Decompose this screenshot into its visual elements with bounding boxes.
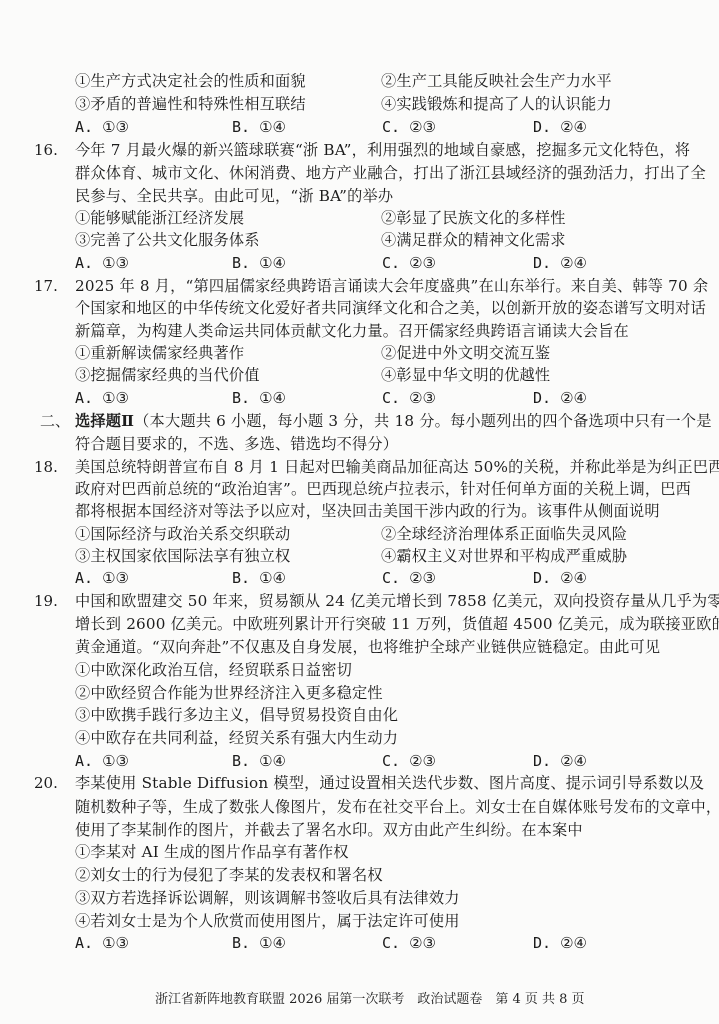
q19-stem-1: 中国和欧盟建交 50 年来，贸易额从 24 亿美元增长到 7858 亿美元，双向… [75, 590, 719, 612]
q19-option-d: D. ②④ [533, 750, 587, 772]
q15-statement-3: ③矛盾的普遍性和特殊性相互联结 [75, 93, 306, 115]
page-footer: 浙江省新阵地教育联盟 2026 届第一次联考 政治试题卷 第 4 页 共 8 页 [155, 988, 585, 1007]
q16-statement-1: ①能够赋能浙江经济发展 [75, 207, 244, 229]
exam-page: ①生产方式决定社会的性质和面貌 ②生产工具能反映社会生产力水平 ③矛盾的普遍性和… [0, 0, 719, 1024]
q15-statement-4: ④实践锻炼和提高了人的认识能力 [381, 93, 612, 115]
q18-option-a: A. ①③ [75, 567, 129, 589]
q15-statement-2: ②生产工具能反映社会生产力水平 [381, 70, 612, 92]
q16-statement-4: ④满足群众的精神文化需求 [381, 229, 566, 251]
q18-option-c: C. ②③ [382, 567, 436, 589]
q20-option-b: B. ①④ [232, 932, 286, 954]
q16-stem-1: 今年 7 月最火爆的新兴篮球联赛“浙 BA”，利用强烈的地域自豪感，挖掘多元文化… [75, 139, 690, 161]
q19-number: 19. [34, 590, 58, 612]
q17-statement-1: ①重新解读儒家经典著作 [75, 342, 244, 364]
q19-statement-3: ③中欧携手践行多边主义，倡导贸易投资自由化 [75, 704, 398, 726]
q17-statement-2: ②促进中外文明交流互鉴 [381, 342, 550, 364]
q16-statement-2: ②彰显了民族文化的多样性 [381, 207, 566, 229]
q20-statement-2: ②刘女士的行为侵犯了李某的发表权和署名权 [75, 864, 383, 886]
q17-option-b: B. ①④ [232, 387, 286, 409]
q19-statement-2: ②中欧经贸合作能为世界经济注入更多稳定性 [75, 682, 383, 704]
q18-option-d: D. ②④ [533, 567, 587, 589]
q20-statement-4: ④若刘女士是为个人欣赏而使用图片，属于法定许可使用 [75, 910, 460, 932]
section-desc-2: 符合题目要求的，不选、多选、错选均不得分） [75, 433, 398, 455]
q19-option-b: B. ①④ [232, 750, 286, 772]
q19-stem-3: 黄金通道。“双向奔赴”不仅惠及自身发展，也将维护全球产业链供应链稳定。由此可见 [75, 636, 660, 658]
q20-option-d: D. ②④ [533, 932, 587, 954]
q16-option-a: A. ①③ [75, 252, 129, 274]
q18-statement-3: ③主权国家依国际法享有独立权 [75, 545, 290, 567]
q17-stem-1: 2025 年 8 月，“第四届儒家经典跨语言诵读大会年度盛典”在山东举行。来自美… [75, 275, 708, 297]
q17-statement-3: ③挖掘儒家经典的当代价值 [75, 364, 260, 386]
section-title: 选择题Ⅱ [75, 412, 134, 430]
q17-option-d: D. ②④ [533, 387, 587, 409]
q15-option-c: C. ②③ [382, 116, 436, 138]
q18-stem-1: 美国总统特朗普宣布自 8 月 1 日起对巴输美商品加征高达 50%的关税，并称此… [75, 456, 719, 478]
q18-stem-3: 都将根据本国经济对等法予以应对，坚决回击美国干涉内政的行为。该事件从侧面说明 [75, 500, 660, 522]
q18-statement-2: ②全球经济治理体系正面临失灵风险 [381, 523, 627, 545]
q16-option-b: B. ①④ [232, 252, 286, 274]
q16-option-c: C. ②③ [382, 252, 436, 274]
q20-number: 20. [34, 772, 58, 794]
q20-option-a: A. ①③ [75, 932, 129, 954]
q19-stem-2: 增长到 2600 亿美元。中欧班列累计开行突破 11 万列，货值超 4500 亿… [75, 613, 719, 635]
q16-option-d: D. ②④ [533, 252, 587, 274]
q16-statement-3: ③完善了公共文化服务体系 [75, 229, 260, 251]
q19-option-c: C. ②③ [382, 750, 436, 772]
q15-option-a: A. ①③ [75, 116, 129, 138]
q16-number: 16. [34, 139, 58, 161]
q20-stem-3: 使用了李某制作的图片，并截去了署名水印。双方由此产生纠纷。在本案中 [75, 819, 583, 841]
q19-option-a: A. ①③ [75, 750, 129, 772]
q17-statement-4: ④彰显中华文明的优越性 [381, 364, 550, 386]
q17-option-c: C. ②③ [382, 387, 436, 409]
q17-option-a: A. ①③ [75, 387, 129, 409]
q17-stem-2: 个国家和地区的中华传统文化爱好者共同演绎文化和合之美，以创新开放的姿态谱写文明对… [75, 297, 706, 319]
q15-option-d: D. ②④ [533, 116, 587, 138]
q19-statement-1: ①中欧深化政治互信，经贸联系日益密切 [75, 659, 352, 681]
q20-statement-3: ③双方若选择诉讼调解，则该调解书签收后具有法律效力 [75, 887, 460, 909]
q16-stem-2: 群众体育、城市文化、休闲消费、地方产业融合，打出了浙江县域经济的强劲活力，打出了… [75, 162, 706, 184]
section-heading: 选择题Ⅱ（本大题共 6 小题，每小题 3 分，共 18 分。每小题列出的四个备选… [75, 410, 712, 432]
q18-statement-1: ①国际经济与政治关系交织联动 [75, 523, 290, 545]
q16-stem-3: 民参与、全民共享。由此可见，“浙 BA”的举办 [75, 185, 393, 207]
q15-statement-1: ①生产方式决定社会的性质和面貌 [75, 70, 306, 92]
section-number: 二、 [40, 410, 70, 432]
q18-stem-2: 政府对巴西前总统的“政治迫害”。巴西现总统卢拉表示，针对任何单方面的关税上调，巴… [75, 478, 691, 500]
q18-option-b: B. ①④ [232, 567, 286, 589]
q15-option-b: B. ①④ [232, 116, 286, 138]
q17-stem-3: 新篇章，为构建人类命运共同体贡献文化力量。召开儒家经典跨语言诵读大会旨在 [75, 320, 629, 342]
q19-statement-4: ④中欧存在共同利益，经贸关系有强大内生动力 [75, 727, 398, 749]
q17-number: 17. [34, 275, 58, 297]
q18-number: 18. [34, 456, 58, 478]
q20-stem-2: 随机数种子等，生成了数张人像图片，发布在社交平台上。刘女士在自媒体账号发布的文章… [75, 796, 719, 818]
q18-statement-4: ④霸权主义对世界和平构成严重威胁 [381, 545, 627, 567]
section-desc-1: （本大题共 6 小题，每小题 3 分，共 18 分。每小题列出的四个备选项中只有… [134, 412, 711, 430]
q20-option-c: C. ②③ [382, 932, 436, 954]
q20-stem-1: 李某使用 Stable Diffusion 模型，通过设置相关迭代步数、图片高度… [75, 772, 704, 794]
q20-statement-1: ①李某对 AI 生成的图片作品享有著作权 [75, 841, 349, 863]
